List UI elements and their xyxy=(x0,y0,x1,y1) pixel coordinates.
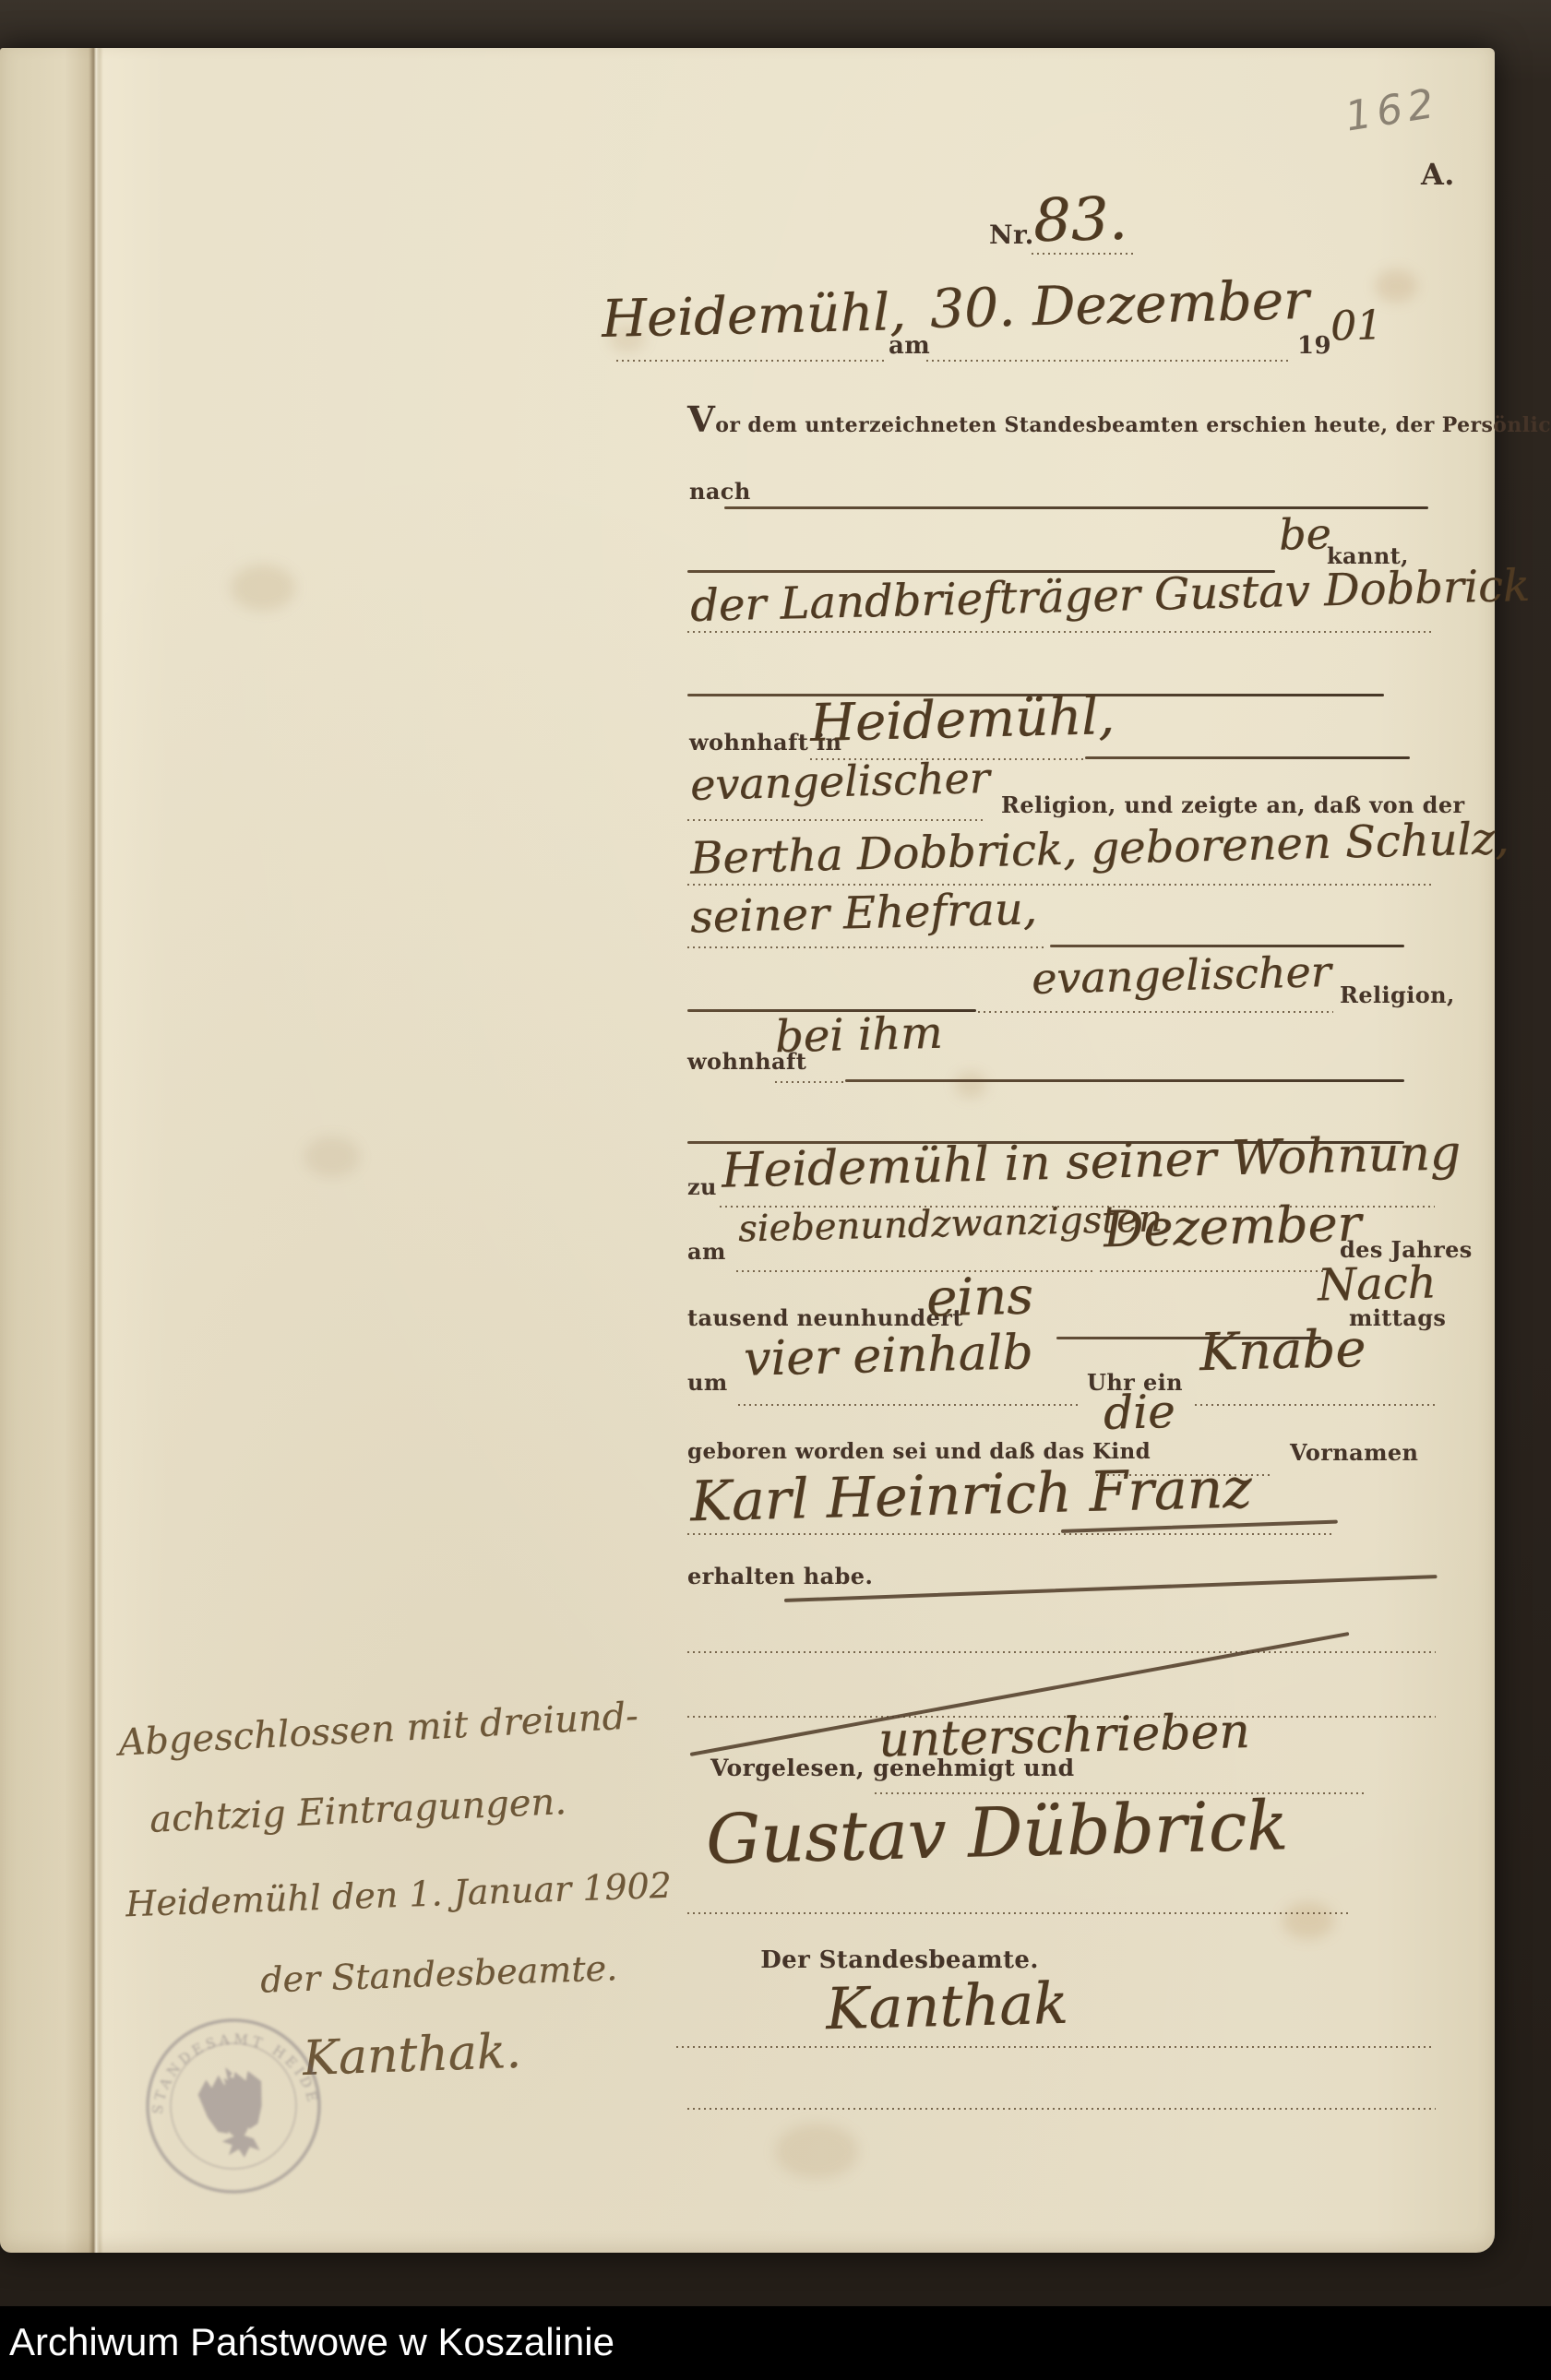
bei-ihm-entry: bei ihm xyxy=(774,1007,943,1063)
closing-note-line2: achtzig Eintragungen. xyxy=(149,1780,567,1841)
nach-label: nach xyxy=(689,478,751,505)
ruled-line xyxy=(676,2046,1432,2048)
residence-entry: Heidemühl, xyxy=(809,686,1115,754)
ruled-line xyxy=(1195,1404,1435,1406)
archive-footer-bar: Archiwum Państwowe w Koszalinie xyxy=(0,2306,1551,2380)
record-number-value: 83. xyxy=(1032,185,1128,256)
be-script: be xyxy=(1278,508,1331,559)
nach-script-entry: Nach xyxy=(1317,1256,1437,1311)
ruled-line xyxy=(687,884,1432,886)
religion1-label: Religion, und zeigte an, daß von der xyxy=(1001,791,1465,818)
record-date: 30. Dezember xyxy=(929,268,1309,340)
blank-rule xyxy=(845,1079,1404,1082)
mother-entry: Bertha Dobbrick, geborenen Schulz, xyxy=(689,813,1509,885)
erhalten-label: erhalten habe. xyxy=(687,1563,873,1589)
closing-note-line1: Abgeschlossen mit dreiund- xyxy=(117,1695,639,1764)
mother-relation-entry: seiner Ehefrau, xyxy=(689,883,1037,943)
child-sex-entry: Knabe xyxy=(1199,1319,1366,1383)
declarant-signature: Gustav Dübbrick xyxy=(705,1786,1289,1879)
ruled-line xyxy=(687,819,983,821)
birth-month-entry: Dezember xyxy=(1103,1195,1362,1259)
record-number-label: Nr. xyxy=(989,220,1034,250)
standesamt-seal-stamp: STANDESAMT HEIDEMÜHL xyxy=(137,2009,330,2207)
ruled-line xyxy=(736,1270,1094,1272)
ruled-line xyxy=(738,1404,1078,1406)
scanned-record-page: 162 A. Nr. 83. Heidemühl, am 30. Dezembe… xyxy=(0,0,1551,2380)
ruled-line xyxy=(687,631,1432,633)
vornamen-label: Vornamen xyxy=(1290,1439,1418,1466)
um-label: um xyxy=(687,1369,728,1396)
ruled-line xyxy=(1032,253,1133,255)
ruled-line xyxy=(687,1912,1349,1914)
religion1-entry: evangelischer xyxy=(689,753,990,810)
zu-label: zu xyxy=(687,1173,717,1200)
closing-note-line4: der Standesbeamte. xyxy=(259,1947,617,2000)
unterschrieben-entry: unterschrieben xyxy=(877,1704,1250,1768)
ruled-line xyxy=(687,946,1047,948)
closing-note-line3: Heidemühl den 1. Januar 1902 xyxy=(125,1865,672,1925)
paper-stain xyxy=(955,1072,986,1098)
blank-rule xyxy=(1050,945,1404,947)
paper-stain xyxy=(1283,1902,1334,1939)
ruled-line xyxy=(1100,1270,1330,1272)
paper-stain xyxy=(1375,269,1417,303)
am2-label: am xyxy=(687,1238,726,1265)
ink-fill-line xyxy=(784,1575,1438,1602)
ruled-line xyxy=(687,1651,1436,1653)
ruled-line xyxy=(978,1011,1333,1013)
prussian-eagle-icon xyxy=(194,2061,276,2164)
ruled-line xyxy=(775,1081,845,1083)
ruled-line xyxy=(616,360,884,362)
birth-day-entry: siebenundzwanzigsten xyxy=(738,1197,1163,1250)
child-names-entry: Karl Heinrich Franz xyxy=(689,1457,1252,1535)
birth-year-word-entry: eins xyxy=(925,1267,1033,1329)
ruled-line xyxy=(687,1533,1333,1535)
year-prefix: 19 xyxy=(1297,332,1331,360)
register-sheet: 162 A. Nr. 83. Heidemühl, am 30. Dezembe… xyxy=(0,48,1495,2253)
archival-folio-number: 162 xyxy=(1342,79,1443,140)
die-entry: die xyxy=(1103,1385,1175,1440)
religion2-label: Religion, xyxy=(1340,982,1455,1008)
binding-crease xyxy=(89,48,100,2253)
record-year: 01 xyxy=(1330,302,1382,350)
religion2-entry: evangelischer xyxy=(1031,946,1331,1004)
closing-note-signature: Kanthak. xyxy=(302,2024,522,2087)
birth-time-entry: vier einhalb xyxy=(743,1325,1033,1387)
paper-stain xyxy=(231,565,295,611)
ruled-line xyxy=(926,360,1290,362)
standesbeamte-label: Der Standesbeamte. xyxy=(646,1946,1153,1974)
archive-name: Archiwum Państwowe w Koszalinie xyxy=(9,2320,614,2364)
intro-line: Vor dem unterzeichneten Standesbeamten e… xyxy=(687,408,1439,437)
paper-stain xyxy=(304,1136,360,1177)
registrar-signature: Kanthak xyxy=(825,1969,1068,2042)
am-label: am xyxy=(889,332,930,360)
form-corner-letter: A. xyxy=(1421,157,1455,192)
paper-stain xyxy=(775,2124,858,2179)
ruled-line xyxy=(687,2108,1436,2110)
birth-place-entry: Heidemühl in seiner Wohnung xyxy=(721,1125,1461,1199)
blank-rule xyxy=(1085,756,1410,759)
record-place: Heidemühl, xyxy=(601,282,906,350)
